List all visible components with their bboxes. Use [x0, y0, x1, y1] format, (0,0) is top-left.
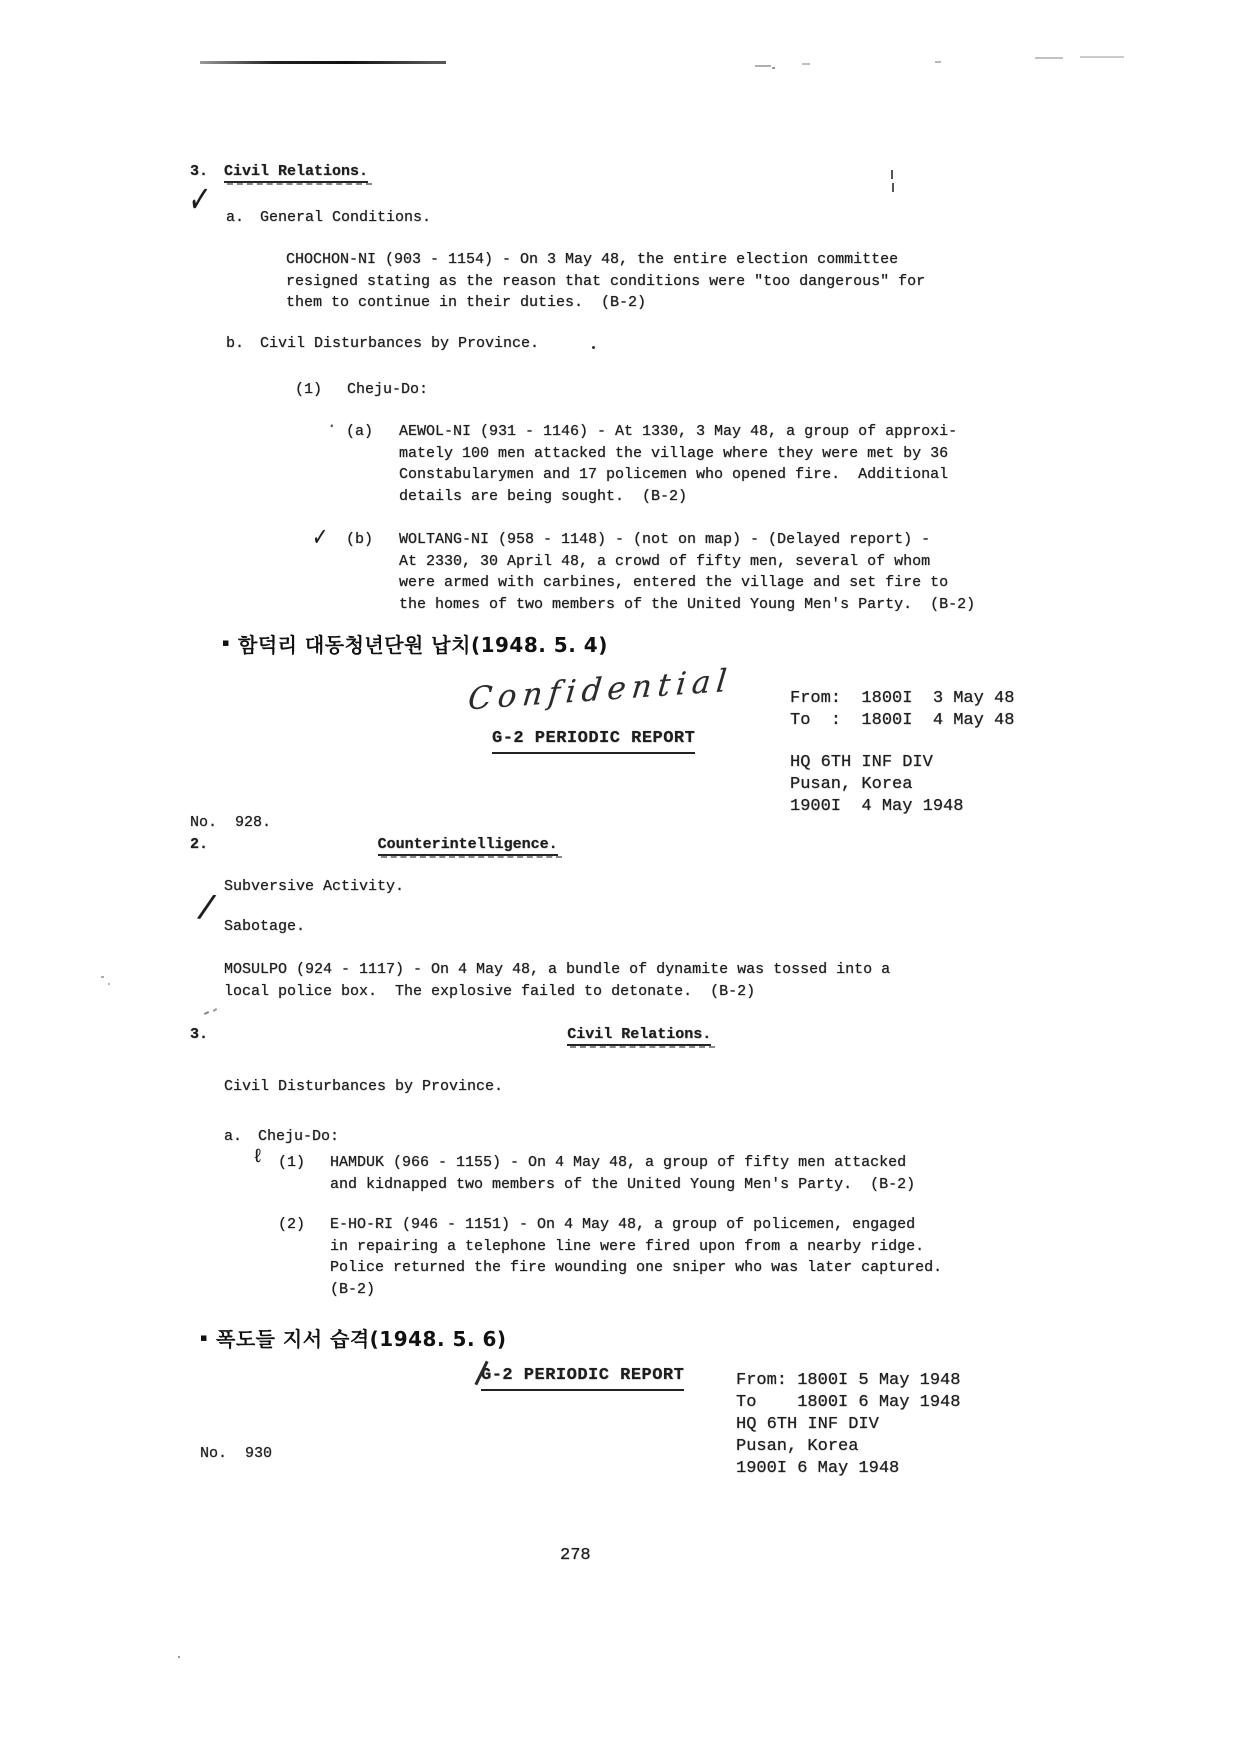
paragraph-e-ho-ri: E-HO-RI (946 - 1151) - On 4 May 48, a gr… [330, 1214, 942, 1300]
item-1-label: (1) [278, 1152, 305, 1174]
item-2-label: (2) [278, 1214, 305, 1236]
document-page: 3. Civil Relations. ✓ a. General Conditi… [0, 0, 1240, 1754]
scan-artifact-dash [213, 1008, 217, 1012]
scan-artifact-dash [755, 65, 771, 67]
report-930-number: No. 930 [200, 1443, 272, 1465]
paragraph-woltang-ni: WOLTANG-NI (958 - 1148) - (not on map) -… [399, 529, 975, 615]
scan-artifact-dot [178, 1656, 180, 1658]
section-3-number: 3. [190, 1024, 208, 1046]
report-928-number: No. 928. [190, 812, 271, 834]
paragraph-aewol-ni: AEWOL-NI (931 - 1146) - At 1330, 3 May 4… [399, 421, 957, 507]
civil-disturbances-heading: Civil Disturbances by Province. [224, 1076, 503, 1098]
report-928-heading: G-2 PERIODIC REPORT [492, 728, 695, 754]
scan-artifact-dot [108, 983, 110, 985]
korean-annotation-2: 폭도들 지서 습격(1948. 5. 6) [216, 1323, 507, 1352]
report-930-heading: G-2 PERIODIC REPORT [481, 1365, 684, 1391]
page-number: 278 [560, 1545, 591, 1567]
cheju-do-title: Cheju-Do: [347, 379, 428, 401]
handwritten-check-icon: ✓ [312, 520, 327, 555]
scan-artifact-dot [101, 976, 104, 978]
cheju-do-label-2: a. [224, 1126, 242, 1148]
subversive-activity-heading: Subversive Activity. [224, 876, 404, 898]
scan-artifact-dot [592, 346, 595, 349]
stray-dot-icon: · [327, 417, 337, 435]
sabotage-heading: Sabotage. [224, 916, 305, 938]
section-2-number: 2. [190, 834, 208, 856]
cheju-do-label: (1) [295, 379, 322, 401]
item-b2-label: (b) [346, 529, 373, 551]
annotation-bullet-icon: ▪ [200, 1331, 208, 1344]
section-3-title-civil-relations: Civil Relations. [567, 1026, 711, 1046]
scan-artifact-dot [772, 67, 775, 69]
report-928-hq-address: HQ 6TH INF DIV Pusan, Korea 1900I 4 May … [790, 752, 963, 818]
paragraph-mosulpo: MOSULPO (924 - 1117) - On 4 May 48, a bu… [224, 959, 890, 1002]
korean-annotation-1: 함덕리 대동청년단원 납치(1948. 5. 4) [238, 629, 608, 658]
scan-artifact-dash [935, 61, 941, 63]
section-2-title-counterintelligence: Counterintelligence. [378, 836, 558, 856]
cheju-do-title-2: Cheju-Do: [258, 1126, 339, 1148]
paragraph-hamduk: HAMDUK (966 - 1155) - On 4 May 48, a gro… [330, 1152, 915, 1195]
item-a-label: a. [226, 207, 244, 229]
scan-artifact-dash [802, 63, 810, 65]
report-930-period-hq: From: 1800I 5 May 1948 To 1800I 6 May 19… [736, 1370, 960, 1480]
item-b-label: b. [226, 333, 244, 355]
scan-artifact-line [200, 61, 446, 64]
handwritten-classification-confidential: Confidential [466, 663, 734, 718]
report-928-period: From: 1800I 3 May 48 To : 1800I 4 May 48 [790, 688, 1014, 732]
handwritten-tally-icon: ℓ [252, 1146, 263, 1168]
paragraph-chochon-ni: CHOCHON-NI (903 - 1154) - On 3 May 48, t… [286, 249, 925, 314]
section-title-civil-relations: Civil Relations. [224, 163, 368, 183]
scan-artifact-tick [891, 170, 893, 179]
scan-artifact-tick [892, 183, 894, 192]
scan-artifact-dash [1080, 56, 1124, 58]
item-b-title-civil-disturbances: Civil Disturbances by Province. [260, 333, 539, 355]
annotation-bullet-icon: ▪ [222, 636, 230, 649]
scan-artifact-dash [1035, 57, 1063, 59]
item-a-title-general-conditions: General Conditions. [260, 207, 431, 229]
handwritten-slash-icon: / [194, 891, 218, 931]
item-a2-label: (a) [346, 421, 373, 443]
scan-artifact-dash [204, 1011, 209, 1015]
